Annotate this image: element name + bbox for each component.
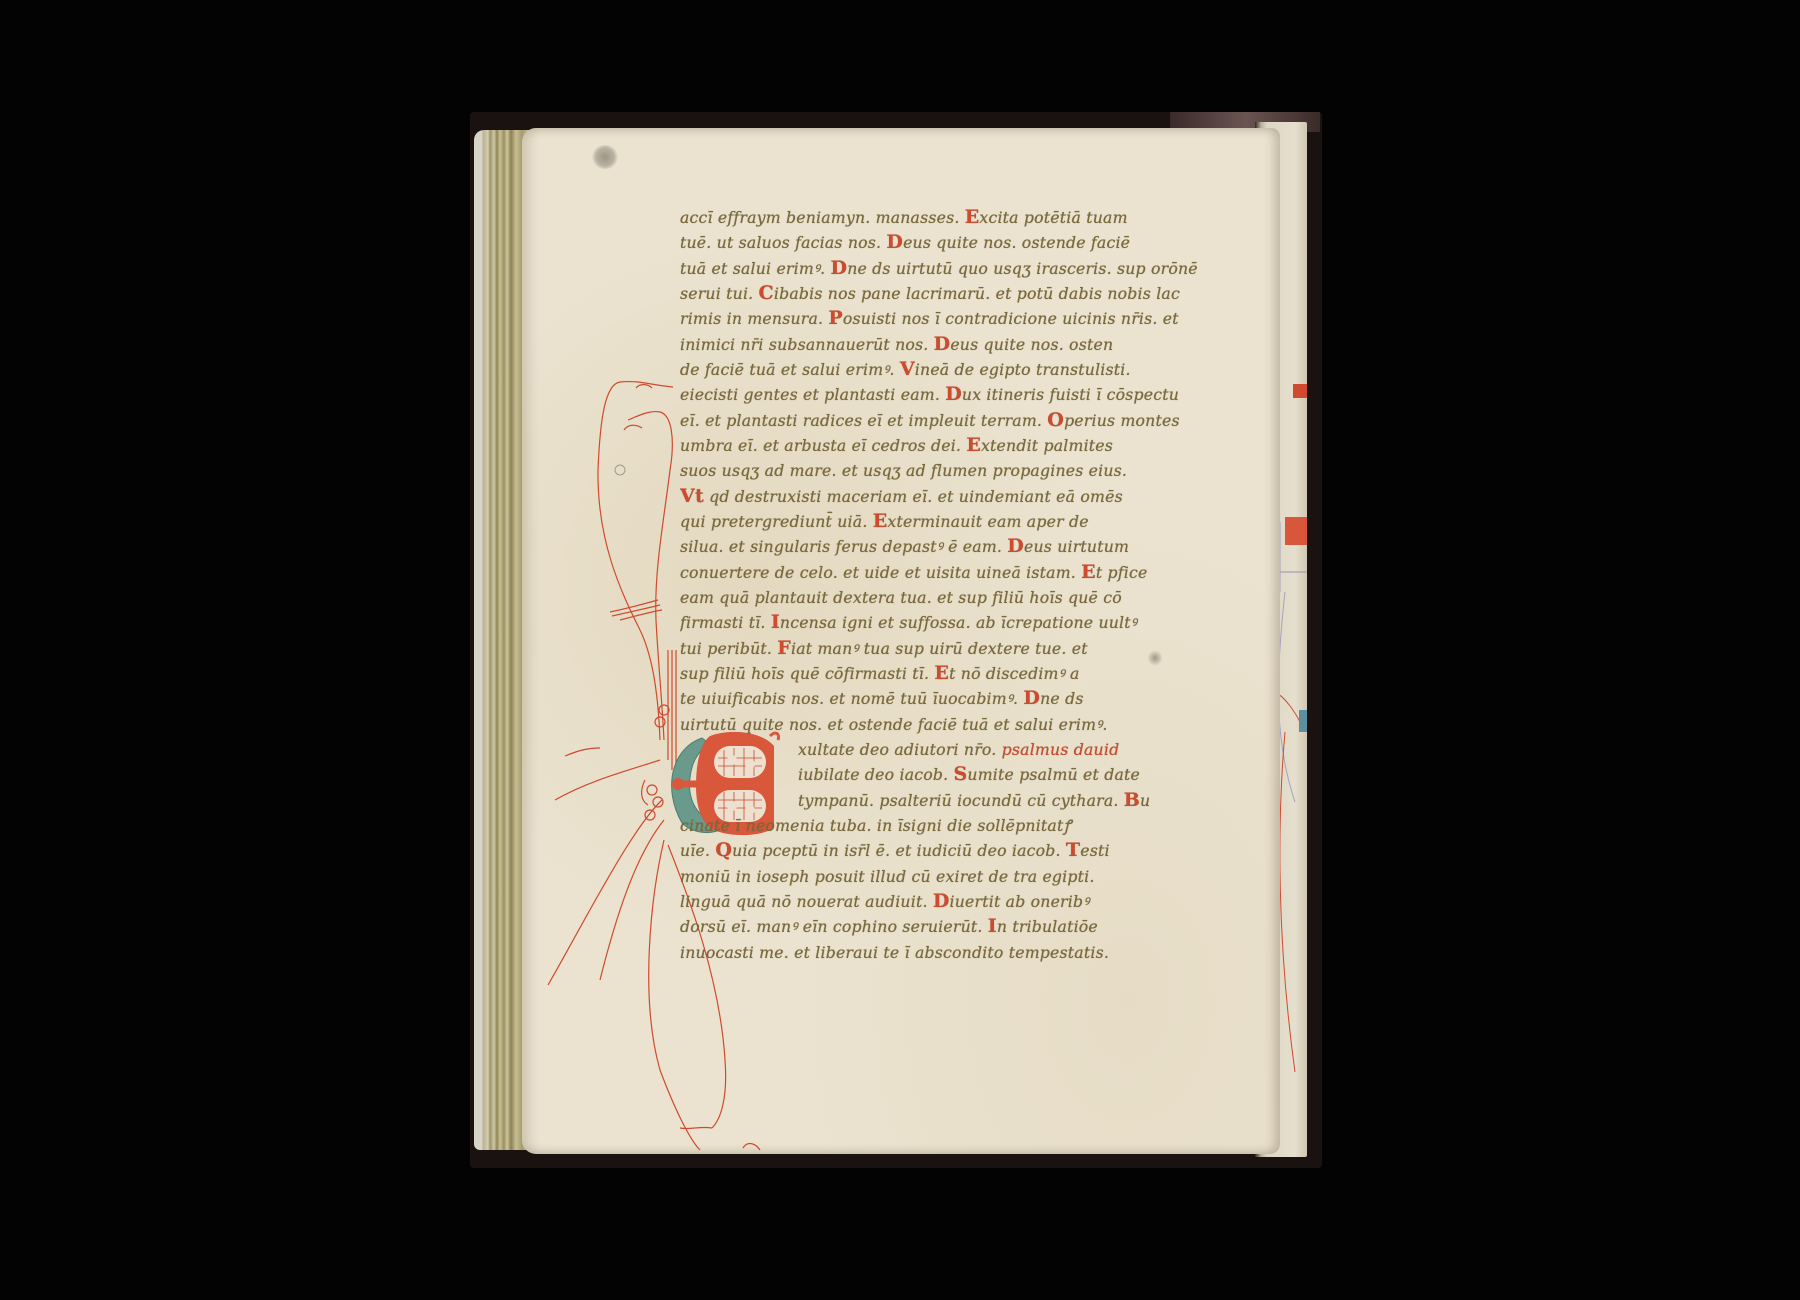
line-text: umite psalmū et date bbox=[967, 765, 1140, 784]
line-text: sup filiū hoīs quē cōfirmasti tī. bbox=[680, 664, 929, 683]
line-text: suos usqʒ ad mare. et usqʒ ad flumen pro… bbox=[680, 461, 1127, 480]
line-text: u bbox=[1140, 791, 1150, 810]
text-line: suos usqʒ ad mare. et usqʒ ad flumen pro… bbox=[680, 458, 1220, 483]
line-text: tympanū. psalteriū iocundū cū cythara. bbox=[798, 791, 1119, 810]
line-text: osuisti nos ī contradicione uicinis nr̄i… bbox=[843, 309, 1179, 328]
text-line: qui pretergrediunt̄ uiā. Exterminauit ea… bbox=[680, 509, 1220, 534]
line-text: serui tui. bbox=[680, 284, 753, 303]
line-text: iat manꝰ tua sup uirū dextere tue. et bbox=[791, 639, 1088, 658]
line-text: umbra eī. et arbusta eī cedros dei. bbox=[680, 436, 961, 455]
rubricated-initial: D bbox=[886, 231, 903, 253]
line-text: rimis in mensura. bbox=[680, 309, 823, 328]
text-line: xultate deo adiutori nr̄o. psalmus dauid bbox=[680, 737, 1220, 762]
text-line: eī. et plantasti radices eī et impleuit … bbox=[680, 408, 1220, 433]
line-text: uirtutū quite nos. et ostende faciē tuā … bbox=[680, 715, 1108, 734]
text-line: umbra eī. et arbusta eī cedros dei. Exte… bbox=[680, 433, 1220, 458]
text-line: cinate ī neomenia tuba. in īsigni die so… bbox=[680, 813, 1220, 838]
rubricated-initial: E bbox=[965, 206, 980, 228]
line-text: inuocasti me. et liberaui te ī abscondit… bbox=[680, 943, 1109, 962]
text-line: tuā et salui erimꝰ. Dne ds uirtutū quo u… bbox=[680, 256, 1220, 281]
rubricated-initial: E bbox=[873, 510, 888, 532]
rubricated-initial: E bbox=[1081, 561, 1096, 583]
line-text: xcita potētiā tuam bbox=[979, 208, 1127, 227]
text-line: dorsū eī. manꝰ eīn cophino seruierūt. In… bbox=[680, 914, 1220, 939]
rubricated-initial: S bbox=[954, 763, 968, 785]
text-line: tuē. ut saluos facias nos. Deus quite no… bbox=[680, 230, 1220, 255]
line-text: uīe. bbox=[680, 841, 710, 860]
rubricated-initial: D bbox=[831, 257, 848, 279]
text-line: inuocasti me. et liberaui te ī abscondit… bbox=[680, 940, 1220, 965]
line-text: ne ds bbox=[1040, 689, 1083, 708]
rubricated-initial: V bbox=[900, 358, 915, 380]
text-line: tympanū. psalteriū iocundū cū cythara. B… bbox=[680, 788, 1220, 813]
text-line: inimici nr̄i subsannauerūt nos. Deus qui… bbox=[680, 332, 1220, 357]
line-text: xtendit palmites bbox=[981, 436, 1113, 455]
line-text: eī. et plantasti radices eī et impleuit … bbox=[680, 411, 1042, 430]
text-line: moniū in ioseph posuit illud cū exiret d… bbox=[680, 864, 1220, 889]
text-line: silua. et singularis ferus depastꝰ ē eam… bbox=[680, 534, 1220, 559]
line-text: xultate deo adiutori nr̄o. bbox=[798, 740, 996, 759]
line-text: eus uirtutum bbox=[1024, 537, 1129, 556]
line-text: tuā et salui erimꝰ. bbox=[680, 259, 825, 278]
text-line: eam quā plantauit dextera tua. et sup fi… bbox=[680, 585, 1220, 610]
line-text: silua. et singularis ferus depastꝰ ē eam… bbox=[680, 537, 1002, 556]
line-text: ineā de egipto transtulisti. bbox=[915, 360, 1131, 379]
text-line: Vt qd destruxisti maceriam eī. et uindem… bbox=[680, 484, 1220, 509]
text-line: te uiuificabis nos. et nomē tuū īuocabim… bbox=[680, 686, 1220, 711]
line-text: esti bbox=[1080, 841, 1109, 860]
text-line: uirtutū quite nos. et ostende faciē tuā … bbox=[680, 712, 1220, 737]
text-line: tui peribūt. Fiat manꝰ tua sup uirū dext… bbox=[680, 636, 1220, 661]
line-text: qd destruxisti maceriam eī. et uindemian… bbox=[704, 487, 1123, 506]
rubricated-initial: T bbox=[1066, 839, 1080, 861]
line-text: accī effraym beniamyn. manasses. bbox=[680, 208, 960, 227]
text-line: sup filiū hoīs quē cōfirmasti tī. Et nō … bbox=[680, 661, 1220, 686]
text-line: linguā quā nō nouerat audiuit. Diuertit … bbox=[680, 889, 1220, 914]
line-text: eam quā plantauit dextera tua. et sup fi… bbox=[680, 588, 1122, 607]
rubricated-initial: P bbox=[828, 307, 843, 329]
rubricated-initial: E bbox=[934, 662, 949, 684]
rubric-heading: psalmus dauid bbox=[1002, 740, 1120, 759]
line-text: tuē. ut saluos facias nos. bbox=[680, 233, 881, 252]
rubricated-initial: F bbox=[777, 637, 791, 659]
text-line: accī effraym beniamyn. manasses. Excita … bbox=[680, 205, 1220, 230]
text-line: eiecisti gentes et plantasti eam. Dux it… bbox=[680, 382, 1220, 407]
rubricated-initial: D bbox=[1023, 687, 1040, 709]
line-text: linguā quā nō nouerat audiuit. bbox=[680, 892, 928, 911]
line-text: tui peribūt. bbox=[680, 639, 772, 658]
rubricated-initial: E bbox=[966, 434, 981, 456]
line-text: iubilate deo iacob. bbox=[798, 765, 948, 784]
text-line: de faciē tuā et salui erimꝰ. Vineā de eg… bbox=[680, 357, 1220, 382]
rubricated-initial: D bbox=[933, 890, 950, 912]
rubricated-initial: D bbox=[1007, 535, 1024, 557]
rubricated-initial: D bbox=[945, 383, 962, 405]
line-text: eus quite nos. osten bbox=[950, 335, 1113, 354]
text-line: serui tui. Cibabis nos pane lacrimarū. e… bbox=[680, 281, 1220, 306]
line-text: dorsū eī. manꝰ eīn cophino seruierūt. bbox=[680, 917, 983, 936]
line-text: conuertere de celo. et uide et uisita ui… bbox=[680, 563, 1076, 582]
rubricated-initial: Q bbox=[715, 839, 732, 861]
line-text: cinate ī neomenia tuba. in īsigni die so… bbox=[680, 816, 1071, 835]
rubricated-initial: B bbox=[1124, 789, 1140, 811]
rubricated-initial: O bbox=[1047, 409, 1064, 431]
line-text: perius montes bbox=[1064, 411, 1180, 430]
line-text: eus quite nos. ostende faciē bbox=[903, 233, 1130, 252]
line-text: moniū in ioseph posuit illud cū exiret d… bbox=[680, 867, 1095, 886]
rubricated-initial: D bbox=[934, 333, 951, 355]
rubricated-initial: I bbox=[771, 611, 780, 633]
line-text: eiecisti gentes et plantasti eam. bbox=[680, 385, 940, 404]
text-line: conuertere de celo. et uide et uisita ui… bbox=[680, 560, 1220, 585]
line-text: inimici nr̄i subsannauerūt nos. bbox=[680, 335, 928, 354]
line-text: de faciē tuā et salui erimꝰ. bbox=[680, 360, 895, 379]
line-text: xterminauit eam aper de bbox=[887, 512, 1088, 531]
line-text: iuertit ab oneribꝰ bbox=[950, 892, 1090, 911]
line-text: ux itineris fuisti ī cōspectu bbox=[962, 385, 1179, 404]
line-text: t nō discedimꝰ a bbox=[949, 664, 1079, 683]
rubricated-initial: Vt bbox=[680, 485, 704, 507]
line-text: uia pceptū in isr̄l ē. et iudiciū deo ia… bbox=[732, 841, 1061, 860]
manuscript-text-column: accī effraym beniamyn. manasses. Excita … bbox=[680, 205, 1220, 965]
text-line: iubilate deo iacob. Sumite psalmū et dat… bbox=[680, 762, 1220, 787]
text-line: uīe. Quia pceptū in isr̄l ē. et iudiciū … bbox=[680, 838, 1220, 863]
line-text: ibabis nos pane lacrimarū. et potū dabis… bbox=[774, 284, 1180, 303]
line-text: t pfice bbox=[1096, 563, 1148, 582]
rubricated-initial: C bbox=[759, 282, 774, 304]
line-text: firmasti tī. bbox=[680, 613, 766, 632]
text-line: rimis in mensura. Posuisti nos ī contrad… bbox=[680, 306, 1220, 331]
rubricated-initial: I bbox=[988, 915, 997, 937]
line-text: qui pretergrediunt̄ uiā. bbox=[680, 512, 868, 531]
text-line: firmasti tī. Incensa igni et suffossa. a… bbox=[680, 610, 1220, 635]
line-text: te uiuificabis nos. et nomē tuū īuocabim… bbox=[680, 689, 1018, 708]
line-text: ne ds uirtutū quo usqʒ irasceris. sup or… bbox=[847, 259, 1198, 278]
line-text: ncensa igni et suffossa. ab īcrepatione … bbox=[780, 613, 1137, 632]
line-text: n tribulatiōe bbox=[997, 917, 1098, 936]
